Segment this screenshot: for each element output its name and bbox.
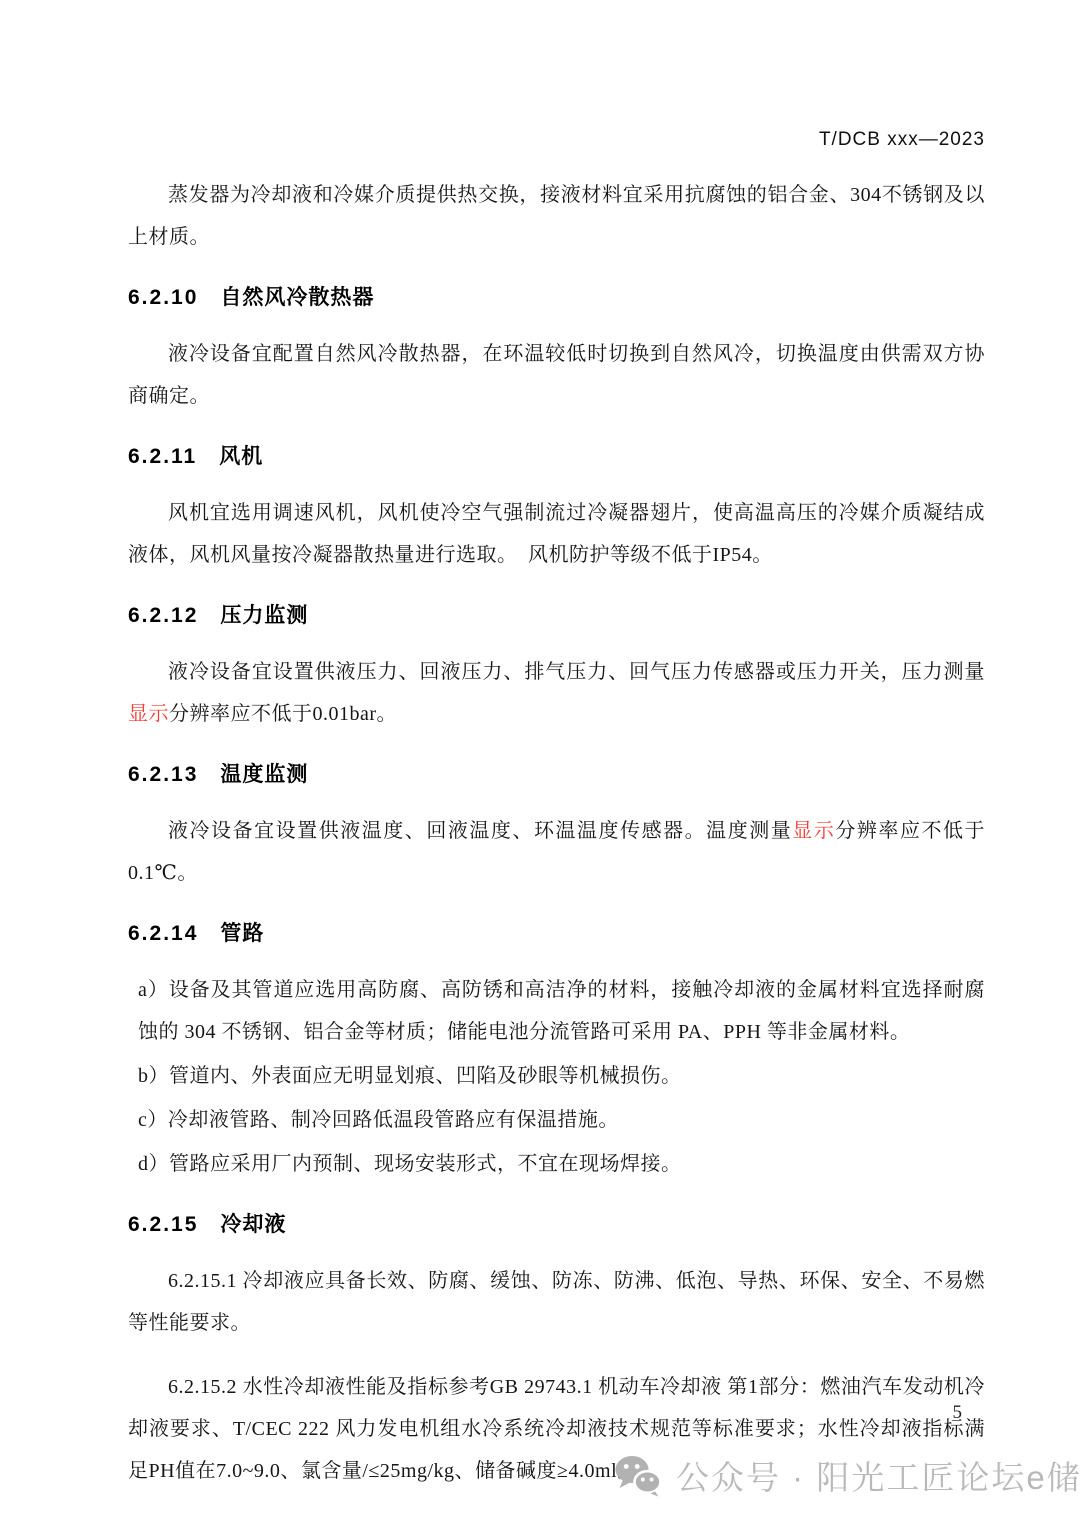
section-heading-6-2-14: 6.2.14管路 <box>128 921 985 947</box>
paragraph-6-2-13: 液冷设备宜设置供液温度、回液温度、环温温度传感器。温度测量显示分辨率应不低于0.… <box>128 810 985 894</box>
watermark-text: 公众号 · 阳光工匠论坛e储能 <box>676 1452 1080 1499</box>
paragraph-text: 液冷设备宜设置供液压力、回液压力、排气压力、回气压力传感器或压力开关，压力测量 <box>168 661 985 683</box>
paragraph-6-2-12: 液冷设备宜设置供液压力、回液压力、排气压力、回气压力传感器或压力开关，压力测量显… <box>128 651 985 735</box>
paragraph-6-2-11: 风机宜选用调速风机，风机使冷空气强制流过冷凝器翅片，使高温高压的冷媒介质凝结成液… <box>128 492 985 576</box>
list-item-a: a）设备及其管道应选用高防腐、高防锈和高洁净的材料，接触冷却液的金属材料宜选择耐… <box>128 969 985 1053</box>
wechat-icon <box>614 1454 662 1498</box>
section-number: 6.2.11 <box>128 445 197 468</box>
list-item-b: b）管道内、外表面应无明显划痕、凹陷及砂眼等机械损伤。 <box>128 1055 985 1097</box>
section-heading-6-2-13: 6.2.13温度监测 <box>128 762 985 788</box>
section-number: 6.2.12 <box>128 604 198 627</box>
revision-highlight-text: 显示 <box>792 820 835 842</box>
document-page: T/DCB xxx—2023 蒸发器为冷却液和冷媒介质提供热交换，接液材料宜采用… <box>0 0 1080 1527</box>
section-heading-6-2-10: 6.2.10自然风冷散热器 <box>128 285 985 311</box>
list-item-d: d）管路应采用厂内预制、现场安装形式，不宜在现场焊接。 <box>128 1143 985 1185</box>
paragraph-6-2-10: 液冷设备宜配置自然风冷散热器，在环温较低时切换到自然风冷，切换温度由供需双方协商… <box>128 333 985 417</box>
section-number: 6.2.10 <box>128 286 198 309</box>
section-title: 风机 <box>219 445 263 468</box>
section-heading-6-2-12: 6.2.12压力监测 <box>128 603 985 629</box>
section-heading-6-2-15: 6.2.15冷却液 <box>128 1212 985 1238</box>
section-title: 自然风冷散热器 <box>220 286 374 309</box>
document-content: T/DCB xxx—2023 蒸发器为冷却液和冷媒介质提供热交换，接液材料宜采用… <box>0 0 1080 1492</box>
paragraph-6-2-15-1: 6.2.15.1 冷却液应具备长效、防腐、缓蚀、防冻、防沸、低泡、导热、环保、安… <box>128 1260 985 1344</box>
revision-highlight-text: 显示 <box>128 703 169 725</box>
paragraph-text: 分辨率应不低于0.01bar。 <box>169 703 397 725</box>
list-item-c: c）冷却液管路、制冷回路低温段管路应有保温措施。 <box>128 1099 985 1141</box>
page-number: 5 <box>953 1402 963 1424</box>
section-heading-6-2-11: 6.2.11风机 <box>128 444 985 470</box>
watermark: 公众号 · 阳光工匠论坛e储能 <box>614 1452 1080 1499</box>
section-title: 压力监测 <box>220 604 308 627</box>
document-code-header: T/DCB xxx—2023 <box>128 128 985 152</box>
section-number: 6.2.15 <box>128 1213 198 1236</box>
section-number: 6.2.13 <box>128 763 198 786</box>
section-number: 6.2.14 <box>128 922 198 945</box>
paragraph-evaporator: 蒸发器为冷却液和冷媒介质提供热交换，接液材料宜采用抗腐蚀的铝合金、304不锈钢及… <box>128 174 985 258</box>
paragraph-text: 液冷设备宜设置供液温度、回液温度、环温温度传感器。温度测量 <box>168 820 792 842</box>
section-title: 冷却液 <box>220 1213 286 1236</box>
section-title: 管路 <box>220 922 264 945</box>
section-title: 温度监测 <box>220 763 308 786</box>
